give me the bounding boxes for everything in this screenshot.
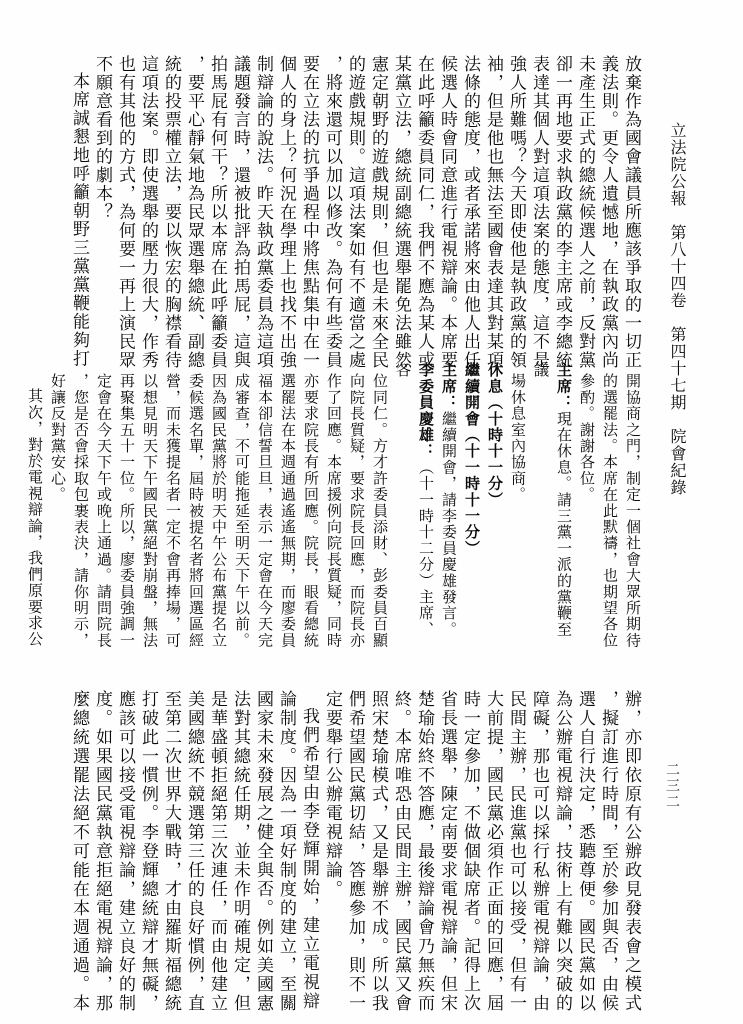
text-column: 照宋楚瑜模式，又是舉辦不成。所以我 [367,690,390,1017]
text-column: 個人的身上？何況在學理上也找不出強 [275,55,298,373]
text-column: 美國總統不競選第三任的良好慣例，直 [183,690,206,1017]
text-column: 打破此一慣例。李登輝總統辯才無礙， [137,690,160,1017]
text-column: 再聚集五十一位。所以，廖委員強調一 [114,362,137,652]
text-column: 主席：現在休息。請三黨一派的黨鞭至議 [528,362,574,652]
text-column: 福本卻信誓旦旦，表示一定會在今天完 [252,362,275,652]
text-column: ，要平心靜氣地為民眾選舉總統、副總 [183,55,206,373]
text-column: 以想見明天下午國民黨絕對崩盤，無法 [137,362,160,652]
text-column: 我們希望由李登輝開始，建立電視辯 [298,690,321,1017]
speaker-name: 休息（十時十一分） [486,362,502,508]
text-column: 袖，但是他也無法至國會表達其對某項 [482,55,505,373]
text-column: 大前提，國民黨必須作正面的回應，屆 [482,690,505,1017]
text-column: 向院長質疑，要求院長回應，而院長亦 [344,362,367,652]
text-column: 定會在今天下午或晚上通過。請問院長 [91,362,114,652]
text-column: 至第二次世界大戰時，才由羅斯福總統 [160,690,183,1017]
text-column: 卻一再地要求執政黨的李主席或李總統 [551,55,574,373]
text-column: 憲定朝野的遊戲規則，但也是未來全民 [367,55,390,373]
text-column: 不願意看到的劇本？ [91,55,114,373]
text-column: 們希望國民黨切結，答應參加，則不一 [344,690,367,1017]
text-column: 主席：繼續開會，請李委員慶雄發言。 [436,362,459,652]
text-column: 省長選舉，陳定南要求電視辯論，但宋 [436,690,459,1017]
text-column: 義法則。更令人遺憾地，在執政黨內尚 [597,55,620,373]
text-column: 某黨立法，總統副總統選舉罷免法雖然 [390,55,413,373]
text-column: 的選罷法。本席在此默禱，也期望各位 [597,362,620,652]
text-column: 在此呼籲委員同仁，我們不應為某人或 [413,55,436,373]
text-column: 其次，對於電視辯論，我們原要求公 [22,362,45,652]
text-column: 強人所難嗎？今天即使他是執政黨的領 [505,55,528,373]
text-column: 是華盛頓拒絕第三次連任，而由他建立 [206,690,229,1017]
text-column: 時一定參加，不做個缺席者。記得上次 [459,690,482,1017]
text-column: 因為國民黨將於明天中午公布黨提名立 [206,362,229,652]
gazette-page: 立法院公報 第八十四卷 第四十七期 院會紀錄 二三二 放棄作為國會議員所應該爭取… [0,0,743,1024]
text-band-top: 放棄作為國會議員所應該爭取的一切正義法則。更令人遺憾地，在執政黨內尚未產生正式的… [63,55,643,373]
text-column: 度。如果國民黨執意拒絕電視辯論，那 [91,690,114,1017]
text-band-bottom: 辦，亦即依原有公辦政見發表會之模式，擬訂進行時間，至於參加與否，由候選人自行決定… [63,690,643,1017]
text-column: 障礙，那也可以採行私辦電視辯論，由 [528,690,551,1017]
text-column: 成審查，不可能拖延至明天下午以前。 [229,362,252,652]
text-column: 要在立法的抗爭過程中將焦點集中在一 [298,55,321,373]
text-column: 委候選名單，屆時被提名者將回選區經 [183,362,206,652]
text-column: 作了回應。本席援例向院長質疑，同時 [321,362,344,652]
text-column: 終。本席唯恐由民間主辦，國民黨又會 [390,690,413,1017]
text-column: 候選人時會同意進行電視辯論。本席要 [436,55,459,373]
text-column: 休息（十時十一分） [482,362,505,652]
text-column: 楚瑜始終不答應，最後辯論會乃無疾而 [413,690,436,1017]
text-column: 開協商之門，制定一個社會大眾所期待 [620,362,643,652]
text-column: 選人自行決定，悉聽尊便。國民黨如以 [574,690,597,1017]
text-column: 論制度。因為一項好制度的建立，至關 [275,690,298,1017]
speaker-name: 李委員慶雄： [417,362,433,459]
text-column: 應該可以接受電視辯論，建立良好的制 [114,690,137,1017]
text-column: 議題發言時，還被批評為拍馬屁，這與 [229,55,252,373]
text-column: 麼總統選罷法絕不可能在本週通過。本 [68,690,91,1017]
text-column: 法條的態度，或者承諾將來由他人出任 [459,55,482,373]
text-column: 放棄作為國會議員所應該爭取的一切正 [620,55,643,373]
text-column: 民間主辦，民進黨也可以接受，但有一 [505,690,528,1017]
page-number: 二三二 [661,762,681,810]
text-column: 參酌。謝謝各位。 [574,362,597,652]
text-column: 表達其個人對這項法案的態度，這不是 [528,55,551,373]
text-column: 這項法案。即使選舉的壓力很大，作秀 [137,55,160,373]
speaker-name: 主席： [440,362,456,411]
speaker-name: 主席： [555,362,571,411]
text-column: ，將來還可以加以修改。為何有些委員 [321,55,344,373]
text-column: 本席誠懇地呼籲朝野三黨黨鞭能夠打 [68,55,91,373]
text-column: 為公辦電視辯論，技術上有難以突破的 [551,690,574,1017]
text-column: 好讓反對黨安心。 [45,362,68,652]
text-column: 的遊戲規則。這項法案如有不適當之處 [344,55,367,373]
speaker-name: 繼續開會（十一時十一分） [463,362,479,556]
text-column: 拍馬屁有何干？所以本席在此呼籲委員 [206,55,229,373]
text-column: 亦要求院長有所回應。院長，眼看總統 [298,362,321,652]
text-column: 制辯論的說法。昨天執政黨委員為這項 [252,55,275,373]
text-column: 營，而未獲提名者一定不會再捧場，可 [160,362,183,652]
text-column: 場休息室內協商。 [505,362,528,652]
text-band-middle: 開協商之門，制定一個社會大眾所期待的選罷法。本席在此默禱，也期望各位參酌。謝謝各… [63,362,643,652]
text-column: ，您是否會採取包裹表決，請你明示， [68,362,91,652]
text-column: 國家未來發展之健全與否。例如美國憲 [252,690,275,1017]
text-column: 法對其總統任期，並未作明確規定，但 [229,690,252,1017]
text-column: 位同仁。方才許委員添財、彭委員百顯 [367,362,390,652]
text-column: ，擬訂進行時間，至於參加與否，由候 [597,690,620,1017]
text-column: 定要舉行公辦電視辯論。 [321,690,344,1017]
text-column: 選罷法在本週通過遙遙無期，而廖委員 [275,362,298,652]
text-column: 未產生正式的總統候選人之前，反對黨 [574,55,597,373]
text-column: 也有其他的方式，為何要一再上演民眾 [114,55,137,373]
text-column: 李委員慶雄：（十一時十二分）主席、各 [390,362,436,652]
text-column: 繼續開會（十一時十一分） [459,362,482,652]
volume-header: 立法院公報 第八十四卷 第四十七期 院會紀錄 [662,122,688,496]
text-column: 統的投票權立法，要以恢宏的胸襟看待 [160,55,183,373]
text-column: 辦，亦即依原有公辦政見發表會之模式 [620,690,643,1017]
